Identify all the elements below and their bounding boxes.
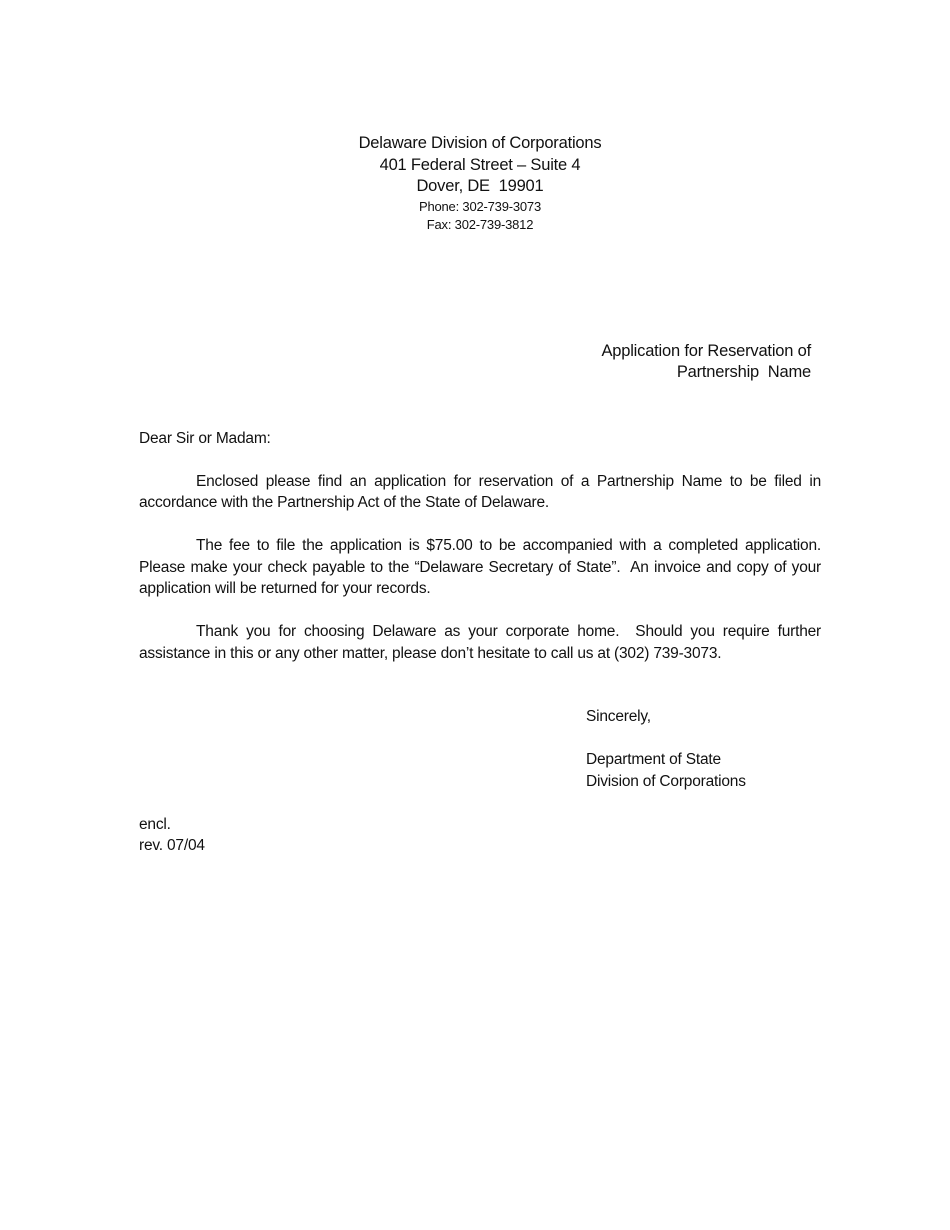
letterhead: Delaware Division of Corporations 401 Fe… [139,133,821,234]
letterhead-fax: Fax: 302-739-3812 [139,216,821,234]
subject-line-1: Application for Reservation of [139,341,811,363]
body-paragraph-2: The fee to file the application is $75.0… [139,535,821,600]
body-paragraph-3: Thank you for choosing Delaware as your … [139,621,821,664]
letterhead-phone: Phone: 302-739-3073 [139,198,821,216]
closing-org-line-1: Department of State [586,749,821,771]
body-paragraph-1: Enclosed please find an application for … [139,471,821,514]
letterhead-org-name: Delaware Division of Corporations [139,133,821,155]
letterhead-city-state-zip: Dover, DE 19901 [139,176,821,198]
footer-block: encl. rev. 07/04 [139,814,821,857]
closing-org-line-2: Division of Corporations [586,771,821,793]
subject-line-2: Partnership Name [139,362,811,384]
closing-sincerely: Sincerely, [586,706,821,728]
letter-page: Delaware Division of Corporations 401 Fe… [0,0,950,1230]
closing-organization: Department of State Division of Corporat… [586,749,821,792]
footer-revision: rev. 07/04 [139,835,821,857]
signature-block: Sincerely, Department of State Division … [586,706,821,792]
letterhead-street: 401 Federal Street – Suite 4 [139,155,821,177]
footer-enclosure: encl. [139,814,821,836]
subject-block: Application for Reservation of Partnersh… [139,341,821,384]
salutation: Dear Sir or Madam: [139,428,821,450]
